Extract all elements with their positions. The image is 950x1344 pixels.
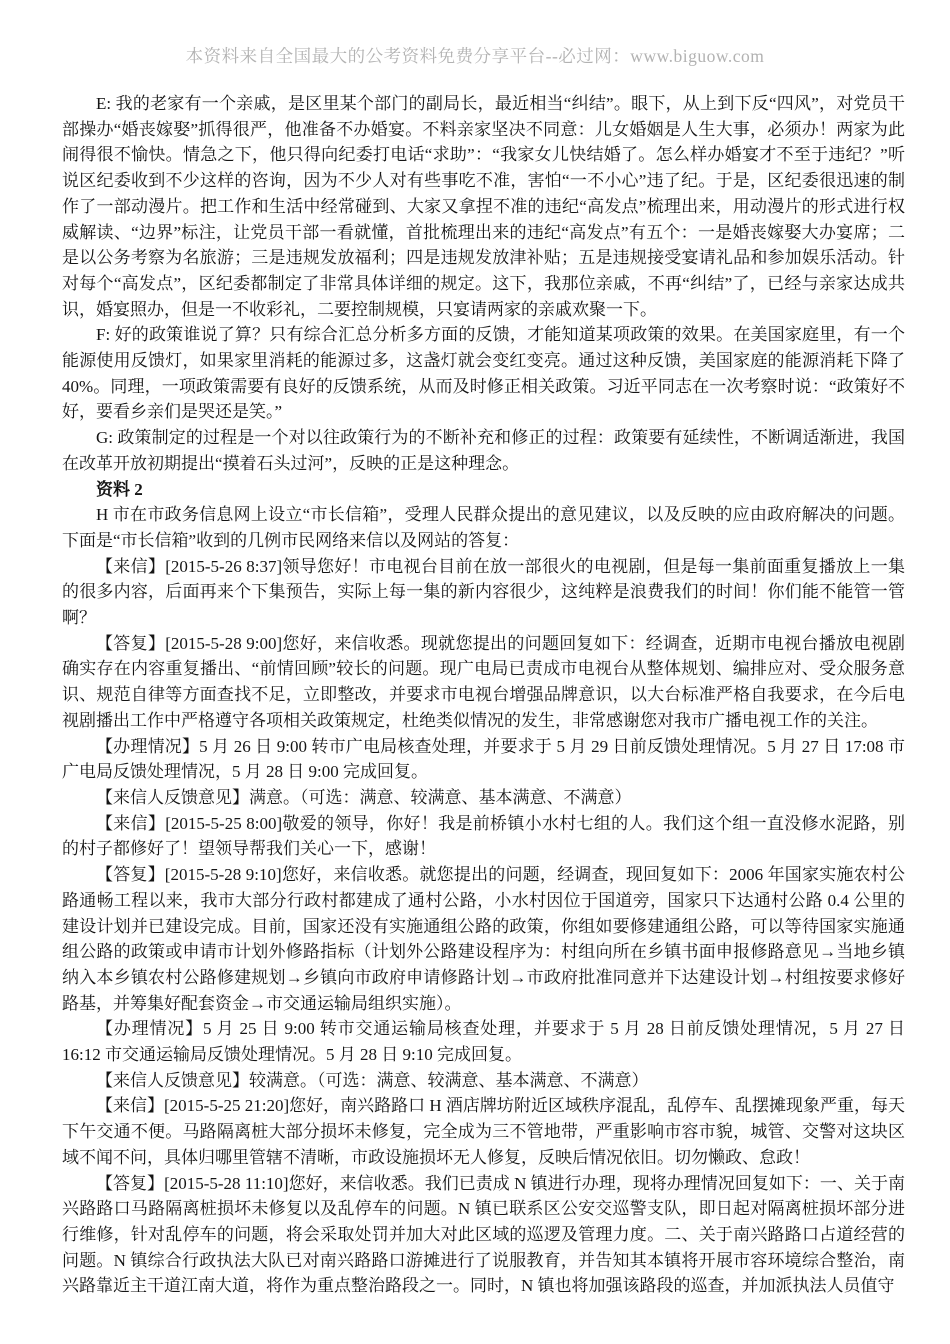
- letter-3: 【来信】[2015-5-25 21:20]您好，南兴路路口 H 酒店牌坊附近区域…: [62, 1093, 905, 1170]
- material-2-heading: 资料 2: [62, 477, 905, 503]
- reply-3: 【答复】[2015-5-28 11:10]您好，来信收悉。我们已责成 N 镇进行…: [62, 1171, 905, 1300]
- document-body: E: 我的老家有一个亲戚，是区里某个部门的副局长，最近相当“纠结”。眼下，从上到…: [62, 91, 905, 1299]
- reply-1: 【答复】[2015-5-28 9:00]您好，来信收悉。现就您提出的问题回复如下…: [62, 631, 905, 734]
- document-page: 本资料来自全国最大的公考资料免费分享平台--必过网：www.biguow.com…: [0, 0, 950, 1344]
- feedback-2: 【来信人反馈意见】较满意。（可选：满意、较满意、基本满意、不满意）: [62, 1068, 905, 1094]
- watermark-header: 本资料来自全国最大的公考资料免费分享平台--必过网：www.biguow.com: [0, 0, 950, 68]
- feedback-1: 【来信人反馈意见】满意。（可选：满意、较满意、基本满意、不满意）: [62, 785, 905, 811]
- paragraph-f: F: 好的政策谁说了算？只有综合汇总分析多方面的反馈，才能知道某项政策的效果。在…: [62, 322, 905, 425]
- letter-1: 【来信】[2015-5-26 8:37]领导您好！市电视台目前在放一部很火的电视…: [62, 554, 905, 631]
- reply-2: 【答复】[2015-5-28 9:10]您好，来信收悉。就您提出的问题，经调查，…: [62, 862, 905, 1016]
- material-2-intro: H 市在市政务信息网上设立“市长信箱”，受理人民群众提出的意见建议，以及反映的应…: [62, 502, 905, 553]
- handling-2: 【办理情况】5 月 25 日 9:00 转市交通运输局核查处理，并要求于 5 月…: [62, 1016, 905, 1067]
- paragraph-e: E: 我的老家有一个亲戚，是区里某个部门的副局长，最近相当“纠结”。眼下，从上到…: [62, 91, 905, 322]
- handling-1: 【办理情况】5 月 26 日 9:00 转市广电局核查处理，并要求于 5 月 2…: [62, 734, 905, 785]
- paragraph-g: G: 政策制定的过程是一个对以往政策行为的不断补充和修正的过程：政策要有延续性，…: [62, 425, 905, 476]
- letter-2: 【来信】[2015-5-25 8:00]敬爱的领导，你好！我是前桥镇小水村七组的…: [62, 811, 905, 862]
